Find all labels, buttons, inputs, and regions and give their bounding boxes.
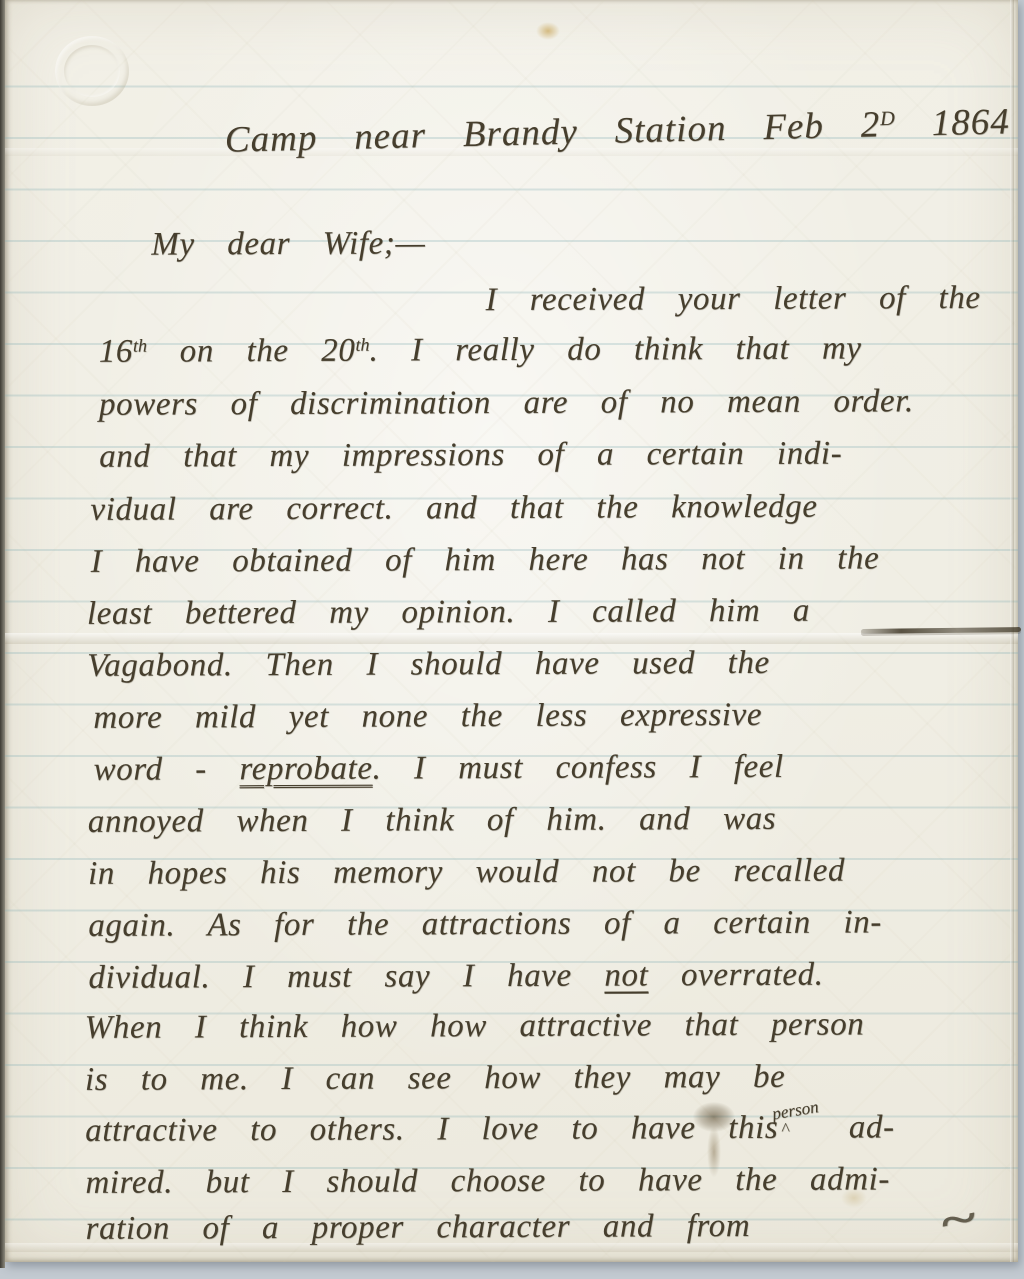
letter-line: and that my impressions of a certain ind…	[99, 435, 842, 478]
end-scribble-mark: ~	[935, 1191, 982, 1250]
heading-place: Camp near Brandy Station Feb 2	[224, 104, 880, 160]
letter-line: attractive to others. I love to have thi…	[85, 1108, 895, 1151]
line-text: attractive to others. I love to have thi…	[85, 1110, 778, 1149]
letter-line: more mild yet none the less expressive	[93, 696, 762, 739]
letter-line: vidual are correct. and that the knowled…	[90, 488, 817, 531]
superscript-ordinal: D	[880, 108, 895, 130]
line-text: least bettered my opinion. I called him …	[87, 593, 810, 632]
letter-line: annoyed when I think of him. and was	[88, 800, 777, 843]
underlined-word: reprobate	[239, 751, 372, 788]
line-text: powers of discrimination are of no mean …	[99, 383, 914, 423]
heading-year: 1864	[894, 101, 1010, 145]
line-text: ration of a proper character and from	[86, 1208, 751, 1247]
letter-line: word - reprobate. I must confess I feel	[94, 748, 784, 791]
salutation: My dear Wife;—	[151, 224, 425, 265]
letter-heading-dateline: Camp near Brandy Station Feb 2D 1864	[224, 100, 1010, 163]
letter-line: dividual. I must say I have not overrate…	[88, 956, 823, 999]
line-text: again. As for the attractions of a certa…	[88, 904, 882, 943]
line-text: is to me. I can see how they may be	[85, 1059, 786, 1098]
line-text: annoyed when I think of him. and was	[88, 801, 777, 840]
letter-line: ration of a proper character and from	[86, 1207, 751, 1249]
line-text: word -	[94, 751, 240, 788]
line-text: overrated.	[648, 957, 823, 994]
letter-line: in hopes his memory would not be recalle…	[88, 852, 845, 895]
line-text: . I really do think that my	[370, 330, 862, 368]
line-text: When I think how how attractive that per…	[85, 1006, 865, 1045]
line-text: I received your letter of the	[485, 280, 980, 318]
superscript-ordinal: th	[133, 336, 147, 356]
scan-edge-shadow	[0, 0, 5, 1268]
letter-line: mired. but I should choose to have the a…	[85, 1160, 890, 1203]
letter-line: powers of discrimination are of no mean …	[99, 382, 914, 425]
letter-text: Camp near Brandy Station Feb 2D 1864 My …	[2, 0, 1020, 1264]
line-text: mired. but I should choose to have the a…	[85, 1161, 890, 1201]
letter-line: is to me. I can see how they may be	[85, 1058, 786, 1101]
line-text: Vagabond. Then I should have used the	[87, 645, 770, 684]
letter-line: Vagabond. Then I should have used the	[87, 644, 770, 687]
line-text: vidual are correct. and that the knowled…	[90, 489, 817, 528]
insert-caret-mark: ^	[781, 1119, 789, 1141]
letter-paper: Camp near Brandy Station Feb 2D 1864 My …	[5, 0, 1018, 1262]
letter-line: I received your letter of the	[485, 279, 980, 321]
inserted-word: person	[771, 1097, 820, 1125]
letter-line: least bettered my opinion. I called him …	[87, 592, 810, 635]
line-text: and that my impressions of a certain ind…	[99, 436, 842, 475]
line-text: more mild yet none the less expressive	[93, 697, 762, 736]
line-text: dividual. I must say I have	[88, 958, 604, 996]
letter-line: When I think how how attractive that per…	[85, 1005, 865, 1048]
letter-line: again. As for the attractions of a certa…	[88, 903, 882, 946]
line-text: ad-	[816, 1109, 895, 1145]
line-text: I have obtained of him here has not in t…	[91, 540, 880, 579]
letter-line: 16th on the 20th. I really do think that…	[99, 329, 862, 372]
line-text: on the 20	[147, 333, 356, 370]
line-text: 16	[99, 334, 133, 370]
superscript-ordinal: th	[355, 335, 369, 355]
underlined-word: not	[604, 957, 648, 993]
scanned-letter-page: Camp near Brandy Station Feb 2D 1864 My …	[0, 0, 1024, 1279]
letter-line: I have obtained of him here has not in t…	[91, 539, 880, 582]
line-text: in hopes his memory would not be recalle…	[88, 853, 845, 892]
line-text: . I must confess I feel	[372, 749, 783, 787]
